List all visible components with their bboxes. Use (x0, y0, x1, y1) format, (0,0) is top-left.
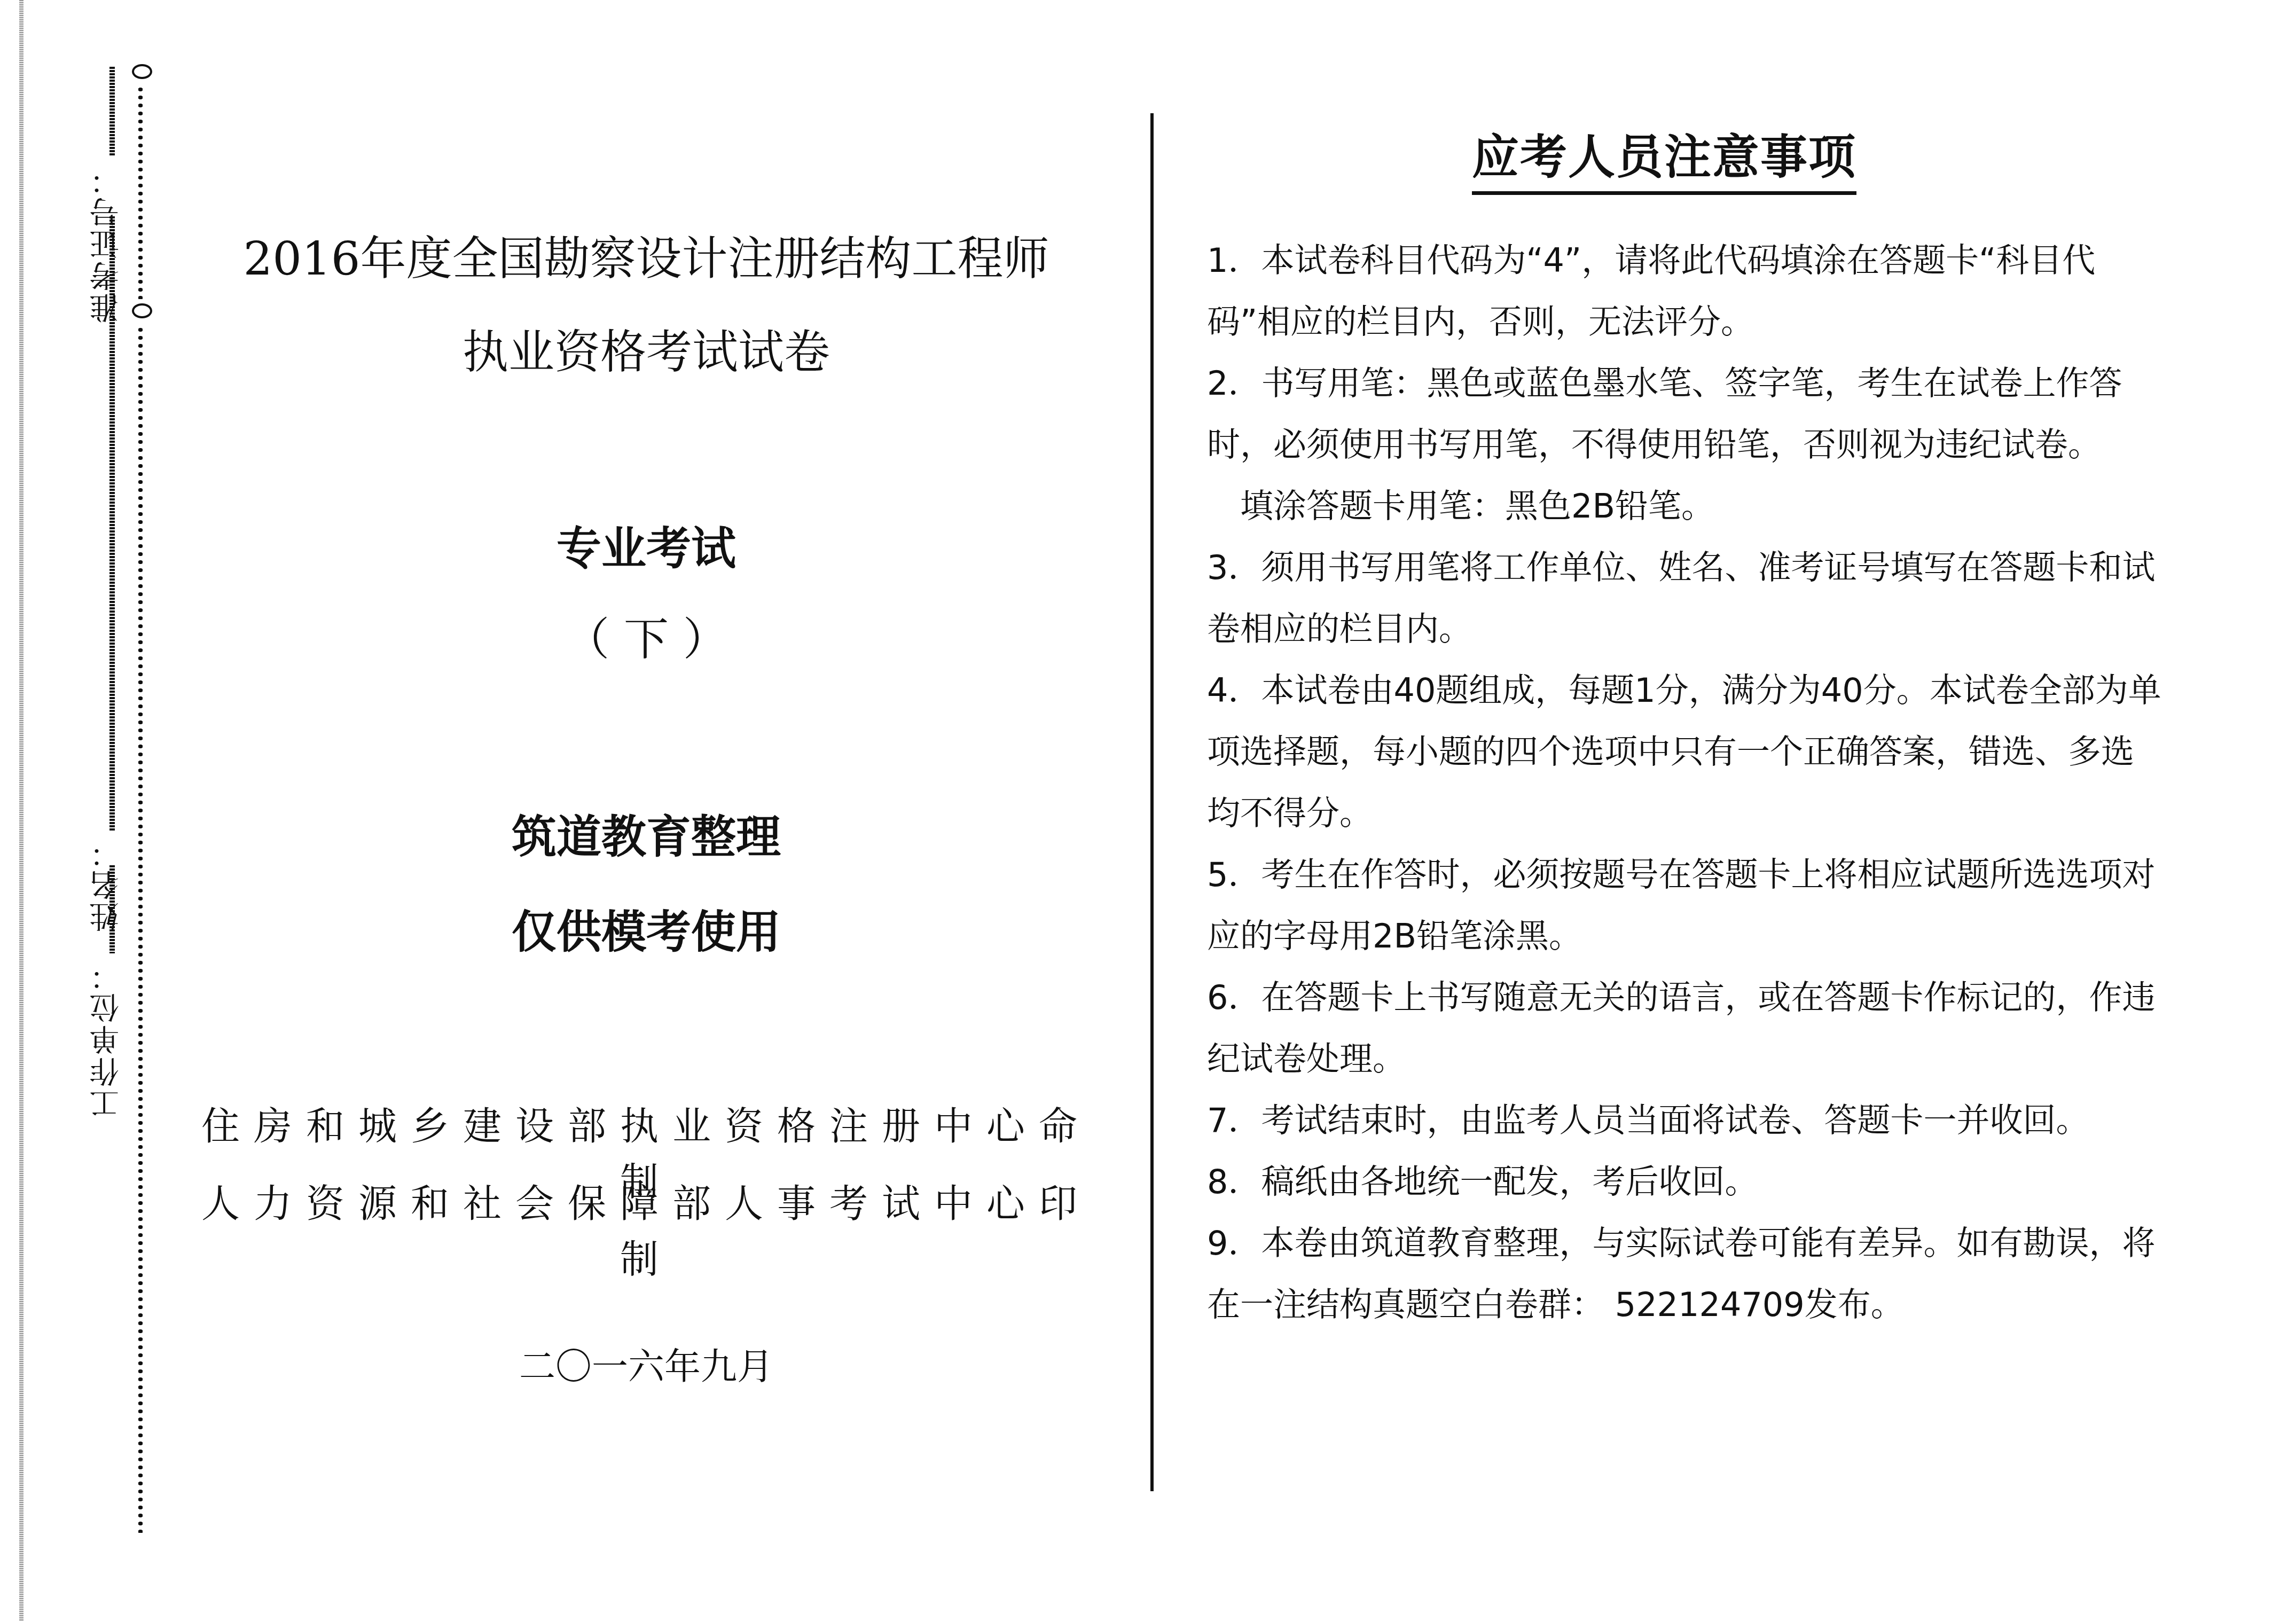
exam-title-line2: 执业资格考试试卷 (182, 315, 1111, 381)
notice-page: 应考人员注意事项 1．本试卷科目代码为“4”，请将此代码填涂在答题卡“科目代码”… (1175, 0, 2243, 1621)
work-unit-label: 工作单位： (85, 959, 128, 1119)
name-label: 姓名： (85, 836, 128, 932)
exam-part: （ 下 ） (182, 604, 1111, 668)
notice-item-3: 3．须用书写用笔将工作单位、姓名、准考证号填写在答题卡和试卷相应的栏目内。 (1207, 537, 2163, 660)
seal-dotted-line (137, 326, 144, 1533)
notice-item-8: 8．稿纸由各地统一配发，考后收回。 (1207, 1151, 2163, 1212)
notice-item-4: 4．本试卷由40题组成，每题1分，满分为40分。本试卷全部为单项选择题，每小题的… (1207, 660, 2163, 844)
exam-date: 二〇一六年九月 (182, 1338, 1111, 1390)
printer-line: 人力资源和社会保障部人事考试中心印制 (182, 1172, 1111, 1283)
binding-margin: 准考证号： 姓名： 工作单位： (0, 0, 182, 1621)
watermark-organizer: 筑道教育整理 (182, 801, 1111, 866)
notice-item-6: 6．在答题卡上书写随意无关的语言，或在答题卡作标记的，作违纪试卷处理。 (1207, 967, 2163, 1090)
notice-list: 1．本试卷科目代码为“4”，请将此代码填涂在答题卡“科目代码”相应的栏目内，否则… (1207, 230, 2163, 1335)
exam-title: 2016年度全国勘察设计注册结构工程师 (182, 222, 1111, 288)
watermark-usage: 仅供模考使用 (182, 896, 1111, 961)
notice-item-2-sub: 填涂答题卡用笔：黑色2B铅笔。 (1207, 475, 2163, 537)
notice-item-7: 7．考试结束时，由监考人员当面将试卷、答题卡一并收回。 (1207, 1090, 2163, 1151)
admission-no-field[interactable] (109, 67, 115, 156)
notice-item-9: 9．本卷由筑道教育整理，与实际试卷可能有差异。如有勘误，将在一注结构真题空白卷群… (1207, 1212, 2163, 1335)
admission-no-label: 准考证号： (85, 163, 128, 323)
seal-circle-icon (132, 64, 152, 79)
name-field[interactable] (109, 216, 115, 831)
notice-item-2: 2．书写用笔：黑色或蓝色墨水笔、签字笔，考生在试卷上作答时，必须使用书写用笔，不… (1207, 353, 2163, 475)
seal-circle-icon (132, 303, 152, 318)
notice-item-1: 1．本试卷科目代码为“4”，请将此代码填涂在答题卡“科目代码”相应的栏目内，否则… (1207, 230, 2163, 353)
work-unit-field[interactable] (109, 865, 115, 953)
exam-type: 专业考试 (182, 513, 1111, 577)
page-divider (1150, 113, 1154, 1491)
notice-title: 应考人员注意事项 (1472, 120, 1856, 195)
notice-item-5: 5．考生在作答时，必须按题号在答题卡上将相应试题所选选项对应的字母用2B铅笔涂黑… (1207, 844, 2163, 967)
seal-dotted-line (137, 85, 144, 299)
cover-page: 2016年度全国勘察设计注册结构工程师 执业资格考试试卷 专业考试 （ 下 ） … (182, 0, 1111, 1621)
